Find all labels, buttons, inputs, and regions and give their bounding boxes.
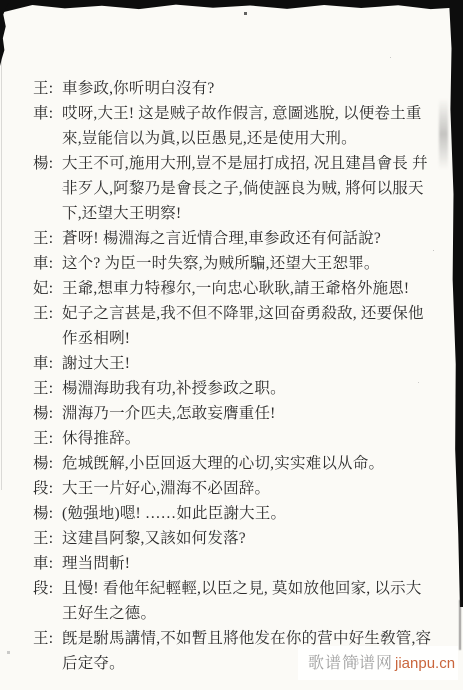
speaker-label: 車: [33,551,53,576]
speaker-label: 段: [33,576,53,601]
dialogue-line-text: 这建昌阿黎,又該如何发落? [62,530,246,547]
dialogue-line: 王:蒼呀! 楊淵海之言近情合理,車参政还有何話說? [0,226,463,251]
speaker-label: 楊: [33,401,53,426]
dialogue-line-text: 哎呀,大王! 这是贼子故作假言, 意圖逃脫, 以便卷土重 [62,105,422,122]
dialogue-line-text: 危城旣解,小臣回返大理的心切,实实难以从命。 [62,455,384,472]
scan-edge-top [0,0,463,13]
dialogue-line-text: 非歹人,阿黎乃是會長之子,倘使誣良为贼, 將何以服天 [62,180,424,197]
dialogue-line-text: 大王不可,施用大刑,豈不是屈打成招, 况且建昌會長 幷 [62,155,428,172]
dialogue-line-text: 謝过大王! [62,355,130,372]
dialogue-line-text: 理当問斬! [62,555,130,572]
speaker-label: 王: [33,301,53,326]
dialogue-line: 下,还望大王明察! [0,201,463,226]
dialogue-line: 王:車参政,你听明白沒有? [0,76,463,101]
dialogue-line: 王好生之德。 [0,601,463,626]
dialogue-line: 來,豈能信以为眞,以臣愚見,还是使用大刑。 [0,126,463,151]
speaker-label: 楊: [33,451,53,476]
dialogue-line: 車:这个? 为臣一时失察,为贼所騙,还望大王恕罪。 [0,251,463,276]
dialogue-line-text: 王爺,想車力特穆尔,一向忠心耿耿,請王爺格外施恩! [62,280,409,297]
speaker-label: 王: [33,426,53,451]
dialogue-line: 楊:淵海乃一介匹夫,怎敢妄膺重任! [0,401,463,426]
dialogue-line: 楊:(勉强地)嗯! ……如此臣謝大王。 [0,501,463,526]
dialogue-line: 王:休得推辞。 [0,426,463,451]
dialogue-line: 妃:王爺,想車力特穆尔,一向忠心耿耿,請王爺格外施恩! [0,276,463,301]
dialogue-line-text: (勉强地)嗯! ……如此臣謝大王。 [62,505,286,522]
dialogue-line-text: 作丞相咧! [62,330,130,347]
speaker-label: 段: [33,476,53,501]
dialogue-line: 車:謝过大王! [0,351,463,376]
dialogue-line: 段:且慢! 看他年紀輕輕,以臣之見, 莫如放他回家, 以示大 [0,576,463,601]
dialogue-line-text: 下,还望大王明察! [62,205,181,222]
dialogue-line-text: 这个? 为臣一时失察,为贼所騙,还望大王恕罪。 [62,255,380,272]
dialogue-line: 楊:危城旣解,小臣回返大理的心切,实实难以从命。 [0,451,463,476]
speaker-label: 車: [33,101,53,126]
dialogue-line-text: 王好生之德。 [62,605,156,622]
dialogue-line-text: 旣是駙馬講情,不如暫且將他发在你的营中好生敎管,容 [62,630,431,647]
speaker-label: 車: [33,251,53,276]
dialogue-line: 王:妃子之言甚是,我不但不降罪,这回奋勇殺敌, 还要保他 [0,301,463,326]
dialogue-line-text: 來,豈能信以为眞,以臣愚見,还是使用大刑。 [62,130,357,147]
dialogue-line: 作丞相咧! [0,326,463,351]
dialogue-line-text: 大王一片好心,淵海不必固辞。 [62,480,270,497]
dialogue-line: 王:楊淵海助我有功,补授参政之职。 [0,376,463,401]
scan-specks [0,0,1,1]
dialogue-line: 車:理当問斬! [0,551,463,576]
dialogue-line-text: 妃子之言甚是,我不但不降罪,这回奋勇殺敌, 还要保他 [62,305,424,322]
dialogue-line-text: 蒼呀! 楊淵海之言近情合理,車参政还有何話說? [62,230,381,247]
dialogue-line-text: 且慢! 看他年紀輕輕,以臣之見, 莫如放他回家, 以示大 [62,580,422,597]
dialogue-line: 車:哎呀,大王! 这是贼子故作假言, 意圖逃脫, 以便卷土重 [0,101,463,126]
dialogue-line-text: 后定夺。 [62,655,125,672]
dialogue-line-text: 休得推辞。 [62,430,141,447]
watermark-site-url[interactable]: jianpu.cn [395,655,455,672]
watermark-site-name: 歌谱简谱网 [308,655,393,672]
dialogue-text: 王:車参政,你听明白沒有?車:哎呀,大王! 这是贼子故作假言, 意圖逃脫, 以便… [0,76,463,676]
scanned-script-page: 王:車参政,你听明白沒有?車:哎呀,大王! 这是贼子故作假言, 意圖逃脫, 以便… [0,0,463,690]
dialogue-line-text: 楊淵海助我有功,补授参政之职。 [62,380,286,397]
dialogue-line: 段:大王一片好心,淵海不必固辞。 [0,476,463,501]
dialogue-line: 楊:大王不可,施用大刑,豈不是屈打成招, 况且建昌會長 幷 [0,151,463,176]
dialogue-line: 王:这建昌阿黎,又該如何发落? [0,526,463,551]
speaker-label: 車: [33,351,53,376]
dialogue-line: 非歹人,阿黎乃是會長之子,倘使誣良为贼, 將何以服天 [0,176,463,201]
speaker-label: 妃: [33,276,53,301]
dialogue-line-text: 車参政,你听明白沒有? [62,80,214,97]
speaker-label: 王: [33,76,53,101]
speaker-label: 王: [33,626,53,651]
speaker-label: 王: [33,226,53,251]
speaker-label: 王: [33,526,53,551]
dialogue-line-text: 淵海乃一介匹夫,怎敢妄膺重任! [62,405,276,422]
speaker-label: 王: [33,376,53,401]
speaker-label: 楊: [33,151,53,176]
watermark: 歌谱简谱网jianpu.cn [308,650,455,673]
speaker-label: 楊: [33,501,53,526]
